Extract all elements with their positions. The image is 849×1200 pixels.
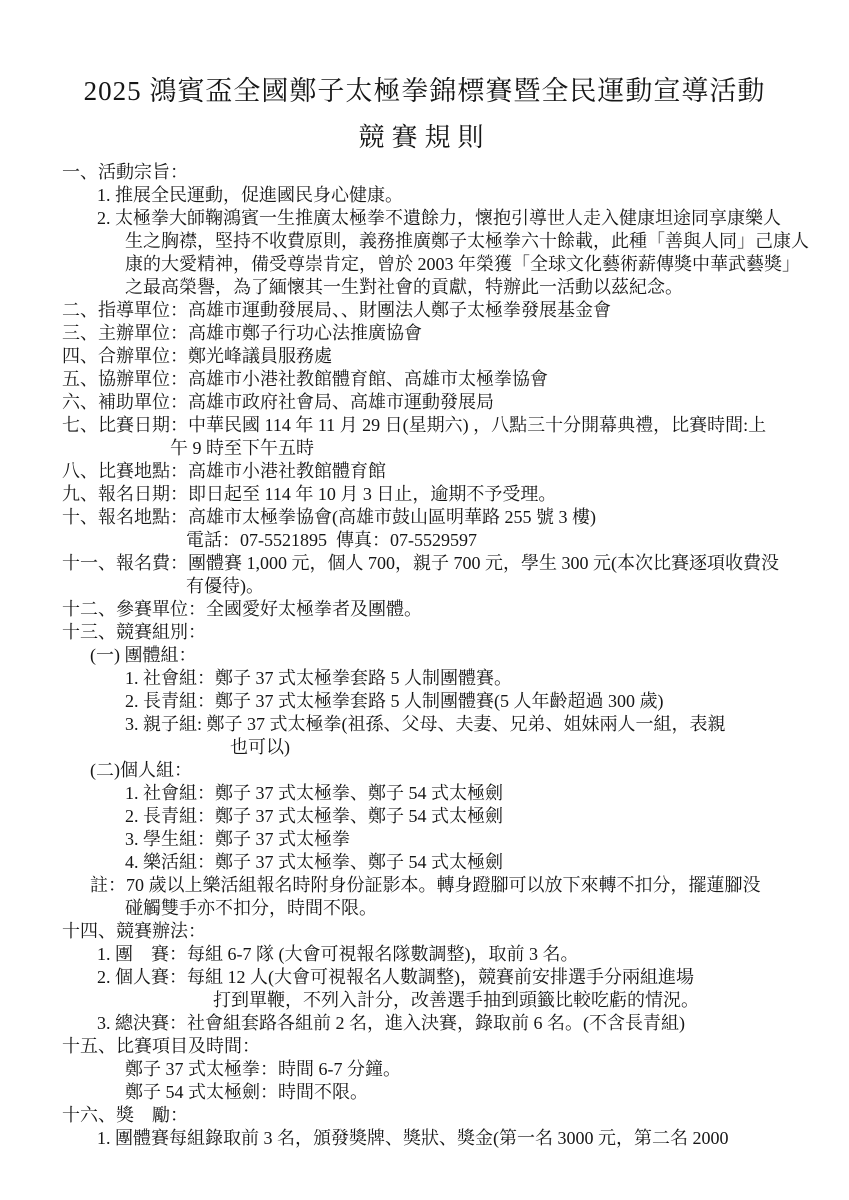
- doc-line: 九、報名日期：即日起至 114 年 10 月 3 日止，逾期不予受理。: [62, 483, 849, 506]
- doc-line: 3. 親子組: 鄭子 37 式太極拳(祖孫、父母、夫妻、兄弟、姐妹兩人一組，表親: [125, 713, 849, 736]
- doc-line: 二、指導單位：高雄市運動發展局、、財團法人鄭子太極拳發展基金會: [62, 299, 849, 322]
- doc-line: 電話：07-5521895 傳真：07-5529597: [186, 529, 849, 552]
- doc-line: 十六、獎 勵：: [62, 1104, 849, 1127]
- document-title: 2025 鴻賓盃全國鄭子太極拳錦標賽暨全民運動宣導活動: [0, 74, 849, 108]
- doc-line: 六、補助單位：高雄市政府社會局、高雄市運動發展局: [62, 391, 849, 414]
- doc-line: 五、協辦單位：高雄市小港社教館體育館、高雄市太極拳協會: [62, 368, 849, 391]
- doc-line: 碰觸雙手亦不扣分，時間不限。: [125, 897, 849, 920]
- doc-line: 2. 個人賽：每組 12 人(大會可視報名人數調整)，競賽前安排選手分兩組進場: [97, 966, 849, 989]
- doc-line: 1. 社會組：鄭子 37 式太極拳套路 5 人制團體賽。: [125, 667, 849, 690]
- doc-line: 1. 推展全民運動，促進國民身心健康。: [97, 184, 849, 207]
- doc-line: 2. 長青組：鄭子 37 式太極拳、鄭子 54 式太極劍: [125, 805, 849, 828]
- doc-line: 十四、競賽辦法：: [62, 920, 849, 943]
- doc-line: 七、比賽日期：中華民國 114 年 11 月 29 日(星期六) ，八點三十分開…: [62, 414, 849, 437]
- doc-line: 十五、比賽項目及時間：: [62, 1035, 849, 1058]
- doc-line: 2. 長青組：鄭子 37 式太極拳套路 5 人制團體賽(5 人年齡超過 300 …: [125, 690, 849, 713]
- doc-line: 十、報名地點：高雄市太極拳協會(高雄市鼓山區明華路 255 號 3 樓): [62, 506, 849, 529]
- document-subtitle: 競賽規則: [0, 121, 849, 155]
- doc-line: 打到單鞭，不列入計分，改善選手抽到頭籤比較吃虧的情況。: [213, 989, 849, 1012]
- doc-line: 生之胸襟，堅持不收費原則，義務推廣鄭子太極拳六十餘載，此種「善與人同」己康人: [125, 230, 849, 253]
- doc-line: 鄭子 54 式太極劍：時間不限。: [125, 1081, 849, 1104]
- doc-line: 4. 樂活組：鄭子 37 式太極拳、鄭子 54 式太極劍: [125, 851, 849, 874]
- document-body: 一、活動宗旨：1. 推展全民運動，促進國民身心健康。2. 太極拳大師鞠鴻賓一生推…: [0, 161, 849, 1150]
- doc-line: 十一、報名費：團體賽 1,000 元，個人 700，親子 700 元，學生 30…: [62, 552, 849, 575]
- doc-line: 鄭子 37 式太極拳：時間 6-7 分鐘。: [125, 1058, 849, 1081]
- doc-line: 三、主辦單位：高雄市鄭子行功心法推廣協會: [62, 322, 849, 345]
- doc-line: (一) 團體組：: [90, 644, 849, 667]
- doc-line: 也可以): [230, 736, 849, 759]
- doc-line: 十三、競賽組別：: [62, 621, 849, 644]
- doc-line: 1. 團 賽：每組 6-7 隊 (大會可視報名隊數調整)，取前 3 名。: [97, 943, 849, 966]
- doc-line: 之最高榮譽，為了緬懷其一生對社會的貢獻，特辦此一活動以茲紀念。: [125, 276, 849, 299]
- doc-line: 十二、參賽單位：全國愛好太極拳者及團體。: [62, 598, 849, 621]
- doc-line: 午 9 時至下午五時: [170, 437, 849, 460]
- doc-line: 一、活動宗旨：: [62, 161, 849, 184]
- doc-line: (二)個人組：: [90, 759, 849, 782]
- doc-line: 1. 社會組：鄭子 37 式太極拳、鄭子 54 式太極劍: [125, 782, 849, 805]
- document-page: 2025 鴻賓盃全國鄭子太極拳錦標賽暨全民運動宣導活動 競賽規則 一、活動宗旨：…: [0, 0, 849, 1200]
- doc-line: 1. 團體賽每組錄取前 3 名，頒發獎牌、獎狀、獎金(第一名 3000 元，第二…: [97, 1127, 849, 1150]
- doc-line: 2. 太極拳大師鞠鴻賓一生推廣太極拳不遺餘力，懷抱引導世人走入健康坦途同享康樂人: [97, 207, 849, 230]
- doc-line: 八、比賽地點：高雄市小港社教館體育館: [62, 460, 849, 483]
- doc-line: 3. 總決賽：社會組套路各組前 2 名，進入決賽，錄取前 6 名。(不含長青組): [97, 1012, 849, 1035]
- doc-line: 有優待)。: [186, 575, 849, 598]
- doc-line: 四、合辦單位：鄭光峰議員服務處: [62, 345, 849, 368]
- doc-line: 註：70 歲以上樂活組報名時附身份証影本。轉身蹬腳可以放下來轉不扣分，擺蓮腳没: [90, 874, 849, 897]
- doc-line: 康的大愛精神，備受尊崇肯定，曾於 2003 年榮獲「全球文化藝術薪傳獎中華武藝獎…: [125, 253, 849, 276]
- doc-line: 3. 學生組：鄭子 37 式太極拳: [125, 828, 849, 851]
